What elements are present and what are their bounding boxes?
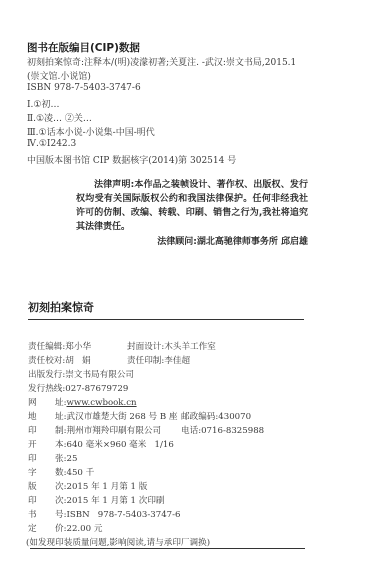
hotline: 发行热线:027-87679729 [28,384,128,394]
colophon-row-wordcount: 字数:450 千 [28,467,94,479]
divider-bottom [30,548,305,549]
cover-design: 封面设计:木头羊工作室 [127,341,216,353]
colophon-row-edition: 版次:2015 年 1 月第 1 版 [28,481,147,493]
colophon-row-website: 网址:www.cwbook.cn [28,397,137,409]
colophon-row-printer: 印制:荆州市翔羚印刷有限公司 电话:0716-8325988 [28,425,161,437]
legal-notice: 法律声明:本作品之装帧设计、著作权、出版权、发行权均受有关国际版权公约和我国法律… [76,178,308,249]
colophon-row-isbn: 书号:ISBN 978-7-5403-3747-6 [28,509,181,521]
colophon-row: 责任校对:胡 娟 责任印制:李佳超 [28,355,91,367]
legal-statement: 法律声明:本作品之装帧设计、著作权、出版权、发行权均受有关国际版权公约和我国法律… [76,178,308,234]
cip-line: Ⅳ.①I242.3 [27,139,76,149]
cip-line: 中国版本图书馆 CIP 数据核字(2014)第 302514 号 [27,153,236,166]
cip-line: Ⅰ.①初… [27,97,60,110]
cip-title: 图书在版编目(CIP)数据 [27,40,140,55]
website-link[interactable]: www.cwbook.cn [67,398,137,408]
postal-code: 邮政编码:430070 [181,411,251,423]
divider-top [28,319,304,320]
phone: 电话:0716-8325988 [181,425,264,437]
cip-line: ISBN 978-7-5403-3747-6 [27,83,141,93]
cip-line: 初刻拍案惊奇:注释本/(明)凌濛初著;关夏注. -武汉:崇文书局,2015.1 [27,55,296,68]
publisher: 出版发行:崇文书局有限公司 [28,370,134,380]
colophon-row: 出版发行:崇文书局有限公司 [28,369,134,381]
colophon-row: 发行热线:027-87679729 [28,383,128,395]
legal-counsel: 法律顾问:湖北高驰律师事务所 邱启雄 [76,235,308,249]
proofreader: 责任校对:胡 娟 [28,356,91,366]
colophon-row-sheets: 印张:25 [28,453,77,465]
editor: 责任编辑:郑小华 [28,342,91,352]
colophon-row-address: 地址:武汉市雄楚大街 268 号 B 座 邮政编码:430070 [28,411,178,423]
colophon-row-printing: 印次:2015 年 1 月第 1 次印刷 [28,495,165,507]
print-manager: 责任印制:李佳超 [127,355,190,367]
cip-line: (崇文馆.小说馆) [27,69,91,82]
cip-line: Ⅱ.①凌… ②关… [27,111,92,124]
colophon-row-price: 定价:22.00 元 [28,523,102,535]
cip-line: Ⅲ.①话本小说-小说集-中国-明代 [27,125,155,138]
colophon-row-format: 开本:640 毫米×960 毫米 1/16 [28,439,174,451]
colophon-row: 责任编辑:郑小华 封面设计:木头羊工作室 [28,341,91,353]
book-title: 初刻拍案惊奇 [28,299,94,315]
